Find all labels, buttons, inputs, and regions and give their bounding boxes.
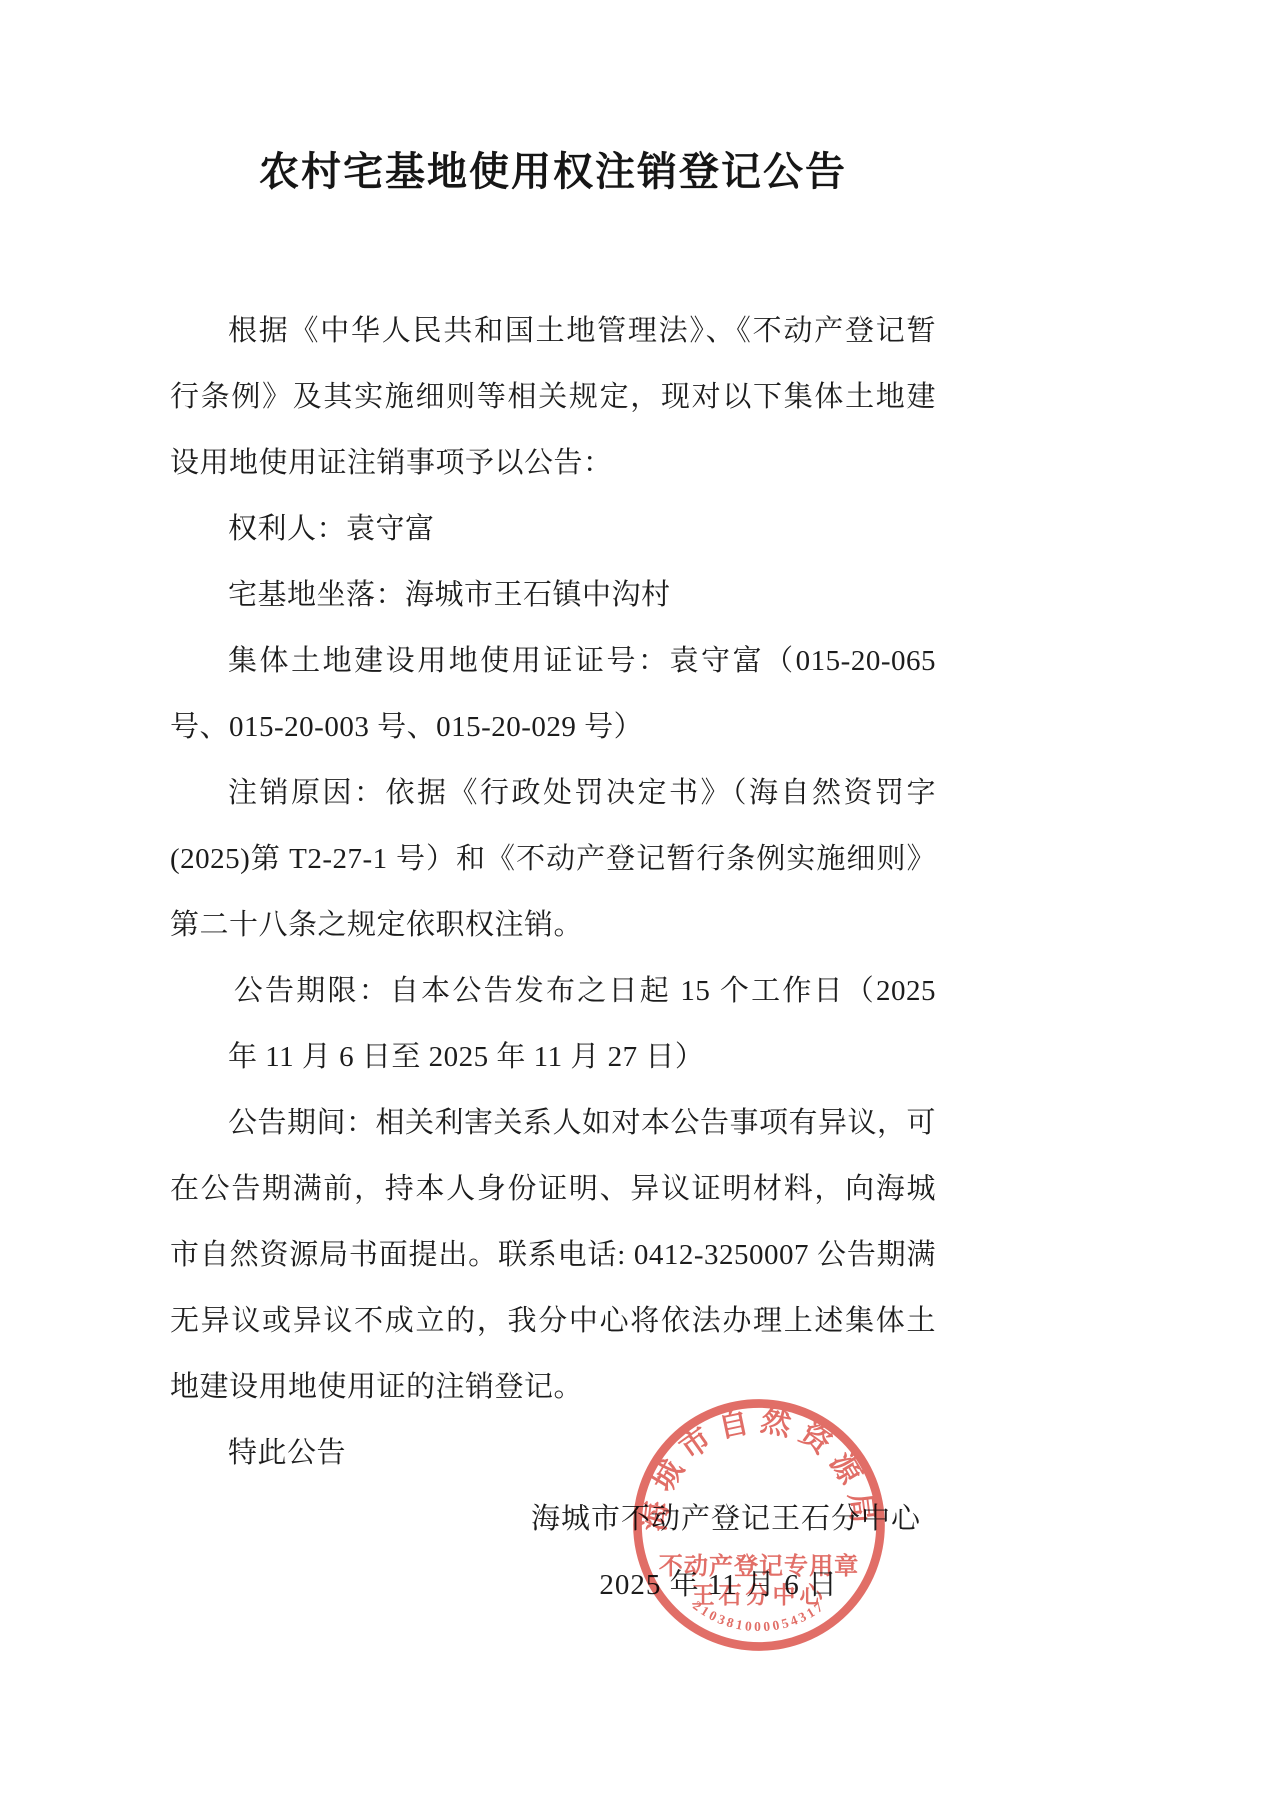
paragraph-homestead-location: 宅基地坐落：海城市王石镇中沟村 — [170, 562, 936, 628]
paragraph-announcement-period: 公告期限：自本公告发布之日起 15 个工作日（2025 年 11 月 6 日至 … — [228, 958, 936, 1090]
paragraph-closing: 特此公告 — [170, 1420, 936, 1486]
announcement-page: 农村宅基地使用权注销登记公告 根据《中华人民共和国土地管理法》、《不动产登记暂行… — [0, 0, 1280, 1810]
paragraph-intro: 根据《中华人民共和国土地管理法》、《不动产登记暂行条例》及其实施细则等相关规定，… — [170, 298, 936, 496]
paragraph-certificate-numbers: 集体土地建设用地使用证证号：袁守富（015-20-065 号、015-20-00… — [170, 628, 936, 760]
paragraph-objection-procedure: 公告期间：相关利害关系人如对本公告事项有异议，可在公告期满前，持本人身份证明、异… — [170, 1090, 936, 1420]
document-body: 农村宅基地使用权注销登记公告 根据《中华人民共和国土地管理法》、《不动产登记暂行… — [170, 0, 936, 1618]
signature-issuer: 海城市不动产登记王石分中心 — [170, 1486, 936, 1552]
page-title: 农村宅基地使用权注销登记公告 — [170, 0, 936, 202]
paragraph-cancellation-reason: 注销原因：依据《行政处罚决定书》（海自然资罚字(2025)第 T2-27-1 号… — [170, 760, 936, 958]
signature-date: 2025 年 11 月 6 日 — [170, 1552, 936, 1618]
paragraph-rights-holder: 权利人：袁守富 — [170, 496, 936, 562]
